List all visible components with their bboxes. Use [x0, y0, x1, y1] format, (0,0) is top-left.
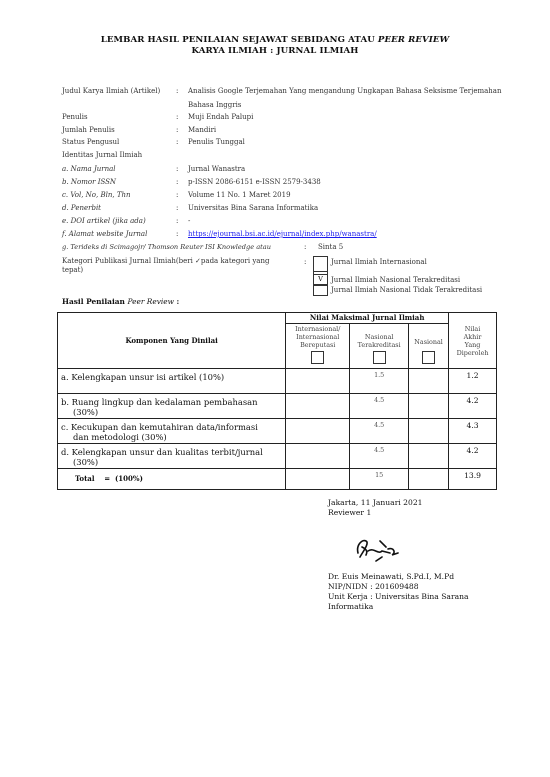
- row-nas: [409, 369, 449, 394]
- row-component: c. Kecukupan dan kemutahiran data/inform…: [58, 419, 286, 444]
- doi-label: e. DOI artikel (jika ada): [62, 217, 146, 225]
- colon: :: [304, 243, 306, 251]
- kategori-label-2: tepat): [62, 266, 83, 274]
- table-total-row: Total = (100%) 15 13.9: [58, 469, 497, 490]
- total-intl: [286, 469, 350, 490]
- colon: :: [176, 217, 178, 225]
- jumlah-label: Jumlah Penulis: [62, 126, 115, 134]
- row-nas-akr: 1.5: [350, 369, 409, 394]
- col-nas-header: Nasional: [409, 324, 449, 369]
- table-row: d. Kelengkapan unsur dan kualitas terbit…: [58, 444, 497, 469]
- kategori-checkbox-1[interactable]: V: [313, 274, 328, 285]
- penerbit-label: d. Penerbit: [62, 204, 101, 212]
- hasil-text: Hasil Penilaian: [62, 297, 128, 306]
- nas-akr-header-2: Terakreditasi: [350, 341, 408, 349]
- hasil-heading: Hasil Penilaian Peer Review :: [62, 297, 179, 306]
- col-intl-header: Internasional/ Internasional Bereputasi: [286, 324, 350, 369]
- row-nas-akr: 4.5: [350, 419, 409, 444]
- reviewer-unit: Unit Kerja : Universitas Bina Sarana: [328, 592, 469, 602]
- signature-image: [352, 531, 412, 565]
- total-nas-akr: 15: [350, 469, 409, 490]
- kategori-label: Kategori Publikasi Jurnal Ilmiah(beri ✓p…: [62, 257, 269, 265]
- judul-label: Judul Karya Ilmiah (Artikel): [62, 87, 160, 95]
- colon: :: [304, 258, 306, 266]
- nas-header: Nasional: [409, 338, 448, 346]
- row-final: 1.2: [449, 369, 497, 394]
- colon: :: [176, 138, 178, 146]
- title-italic: PEER REVIEW: [378, 35, 449, 45]
- nama-label: a. Nama Jurnal: [62, 165, 116, 173]
- reviewer-nip: NIP/NIDN : 201609488: [328, 582, 469, 592]
- component-text-2: (30%): [61, 457, 283, 467]
- issn-label: b. Nomor ISSN: [62, 178, 116, 186]
- row-nas-akr: 4.5: [350, 444, 409, 469]
- table-row: a. Kelengkapan unsur isi artikel (10%) 1…: [58, 369, 497, 394]
- document-title: LEMBAR HASIL PENILAIAN SEJAWAT SEBIDANG …: [0, 35, 550, 45]
- signature-block: Jakarta, 11 Januari 2021 Reviewer 1: [328, 498, 423, 518]
- colon: :: [176, 126, 178, 134]
- row-component: b. Ruang lingkup dan kedalaman pembahasa…: [58, 394, 286, 419]
- row-nas: [409, 394, 449, 419]
- penulis-label: Penulis: [62, 113, 88, 121]
- website-link[interactable]: https://ejournal.bsi.ac.id/ejurnal/index…: [188, 230, 377, 238]
- intl-header-3: Bereputasi: [286, 341, 349, 349]
- judul-value: Analisis Google Terjemahan Yang mengandu…: [188, 87, 501, 95]
- row-intl: [286, 444, 350, 469]
- table-row: c. Kecukupan dan kemutahiran data/inform…: [58, 419, 497, 444]
- place-date: Jakarta, 11 Januari 2021: [328, 498, 423, 508]
- title-text: LEMBAR HASIL PENILAIAN SEJAWAT SEBIDANG …: [101, 35, 378, 45]
- issn-value: p-ISSN 2086-6151 e-ISSN 2579-3438: [188, 178, 321, 186]
- reviewer-info: Dr. Euis Meinawati, S.Pd.I, M.Pd NIP/NID…: [328, 572, 469, 612]
- row-final: 4.3: [449, 419, 497, 444]
- kategori-checkbox-2[interactable]: [313, 285, 328, 296]
- intl-header-1: Internasional/: [286, 325, 349, 333]
- row-final: 4.2: [449, 394, 497, 419]
- col-final-header: Nilai Akhir Yang Diperoleh: [449, 313, 497, 369]
- hasil-italic: Peer Review: [128, 297, 174, 306]
- reviewer-role: Reviewer 1: [328, 508, 423, 518]
- colon: :: [176, 204, 178, 212]
- total-nas: [409, 469, 449, 490]
- table-row: b. Ruang lingkup dan kedalaman pembahasa…: [58, 394, 497, 419]
- nas-checkbox[interactable]: [422, 351, 435, 364]
- penerbit-value: Universitas Bina Sarana Informatika: [188, 204, 318, 212]
- row-nas-akr: 4.5: [350, 394, 409, 419]
- kategori-option-1: Jurnal Ilmiah Nasional Terakreditasi: [331, 276, 460, 284]
- row-component: d. Kelengkapan unsur dan kualitas terbit…: [58, 444, 286, 469]
- website-label: f. Alamat website Jurnal: [62, 230, 147, 238]
- index-value: Sinta 5: [318, 243, 343, 251]
- judul-value-2: Bahasa Inggris: [188, 101, 241, 109]
- kategori-option-0: Jurnal Ilmiah Internasional: [331, 258, 427, 266]
- kategori-option-2: Jurnal Ilmiah Nasional Tidak Terakredita…: [331, 286, 482, 294]
- row-component: a. Kelengkapan unsur isi artikel (10%): [58, 369, 286, 394]
- final-header-2: Akhir: [449, 333, 496, 341]
- doi-value: -: [188, 217, 190, 225]
- total-label: Total = (100%): [58, 469, 286, 490]
- row-final: 4.2: [449, 444, 497, 469]
- col-group-header: Nilai Maksimal Jurnal Ilmiah: [286, 313, 449, 324]
- vol-value: Volume 11 No. 1 Maret 2019: [188, 191, 291, 199]
- index-label: g. Terideks di Scimagojr/ Thomson Reuter…: [62, 243, 271, 251]
- row-nas: [409, 444, 449, 469]
- identitas-label: Identitas Jurnal Ilmiah: [62, 151, 142, 159]
- final-header-1: Nilai: [449, 325, 496, 333]
- intl-header-2: Internasional: [286, 333, 349, 341]
- vol-label: c. Vol, No, Bln, Thn: [62, 191, 131, 199]
- hasil-suffix: :: [174, 297, 179, 306]
- final-header-3: Yang: [449, 341, 496, 349]
- colon: :: [176, 230, 178, 238]
- jumlah-value: Mandiri: [188, 126, 216, 134]
- colon: :: [176, 191, 178, 199]
- nama-value: Jurnal Wanastra: [188, 165, 245, 173]
- component-text: d. Kelengkapan unsur dan kualitas terbit…: [61, 447, 283, 457]
- component-text: a. Kelengkapan unsur isi artikel (10%): [61, 372, 283, 382]
- component-text: c. Kecukupan dan kemutahiran data/inform…: [61, 422, 283, 432]
- component-text: b. Ruang lingkup dan kedalaman pembahasa…: [61, 397, 283, 407]
- component-text-2: (30%): [61, 407, 283, 417]
- colon: :: [176, 113, 178, 121]
- col-nas-akr-header: Nasional Terakreditasi: [350, 324, 409, 369]
- nas-akr-checkbox[interactable]: [373, 351, 386, 364]
- penulis-value: Muji Endah Palupi: [188, 113, 253, 121]
- total-final: 13.9: [449, 469, 497, 490]
- status-value: Penulis Tunggal: [188, 138, 245, 146]
- row-nas: [409, 419, 449, 444]
- component-text-2: dan metodologi (30%): [61, 432, 283, 442]
- colon: :: [176, 178, 178, 186]
- final-header-4: Diperoleh: [449, 349, 496, 357]
- col-component-header: Komponen Yang Dinilai: [58, 313, 286, 369]
- intl-checkbox[interactable]: [311, 351, 324, 364]
- row-intl: [286, 369, 350, 394]
- colon: :: [176, 165, 178, 173]
- assessment-table: Komponen Yang Dinilai Nilai Maksimal Jur…: [57, 312, 497, 490]
- row-intl: [286, 394, 350, 419]
- status-label: Status Pengusul: [62, 138, 119, 146]
- colon: :: [176, 87, 178, 95]
- reviewer-name: Dr. Euis Meinawati, S.Pd.I, M.Pd: [328, 572, 469, 582]
- document-subtitle: KARYA ILMIAH : JURNAL ILMIAH: [0, 46, 550, 56]
- row-intl: [286, 419, 350, 444]
- reviewer-unit-2: Informatika: [328, 602, 469, 612]
- nas-akr-header-1: Nasional: [350, 333, 408, 341]
